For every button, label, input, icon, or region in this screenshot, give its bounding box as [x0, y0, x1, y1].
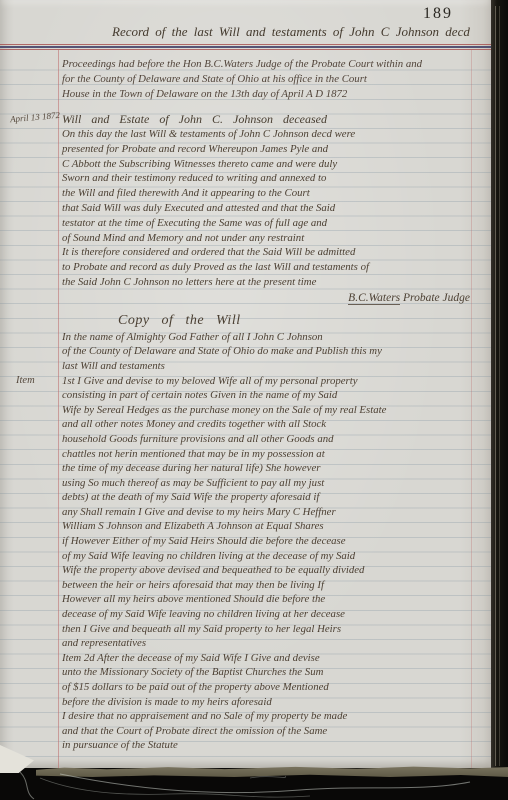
handwritten-line: in pursuance of the Statute [62, 738, 470, 753]
margin-date-note: April 13 1872 [9, 108, 62, 127]
handwritten-line: of Sound Mind and Memory and not under a… [62, 231, 470, 246]
handwritten-line: if However Either of my Said Heirs Shoul… [62, 534, 470, 549]
probate-entry: April 13 1872 Will and Estate of John C.… [62, 111, 470, 306]
will-item-1: Item 1st I Give and devise to my beloved… [62, 374, 470, 651]
record-header-title: Record of the last Will and testaments o… [112, 24, 482, 40]
handwritten-line: debts) at the death of my Said Wife the … [62, 490, 470, 505]
will-heading: Copy of the Will [118, 311, 470, 330]
proceedings-paragraph: Proceedings had before the Hon B.C.Water… [62, 57, 470, 102]
handwritten-line: chattles not herin mentioned that may be… [62, 447, 470, 462]
handwritten-line: Sworn and their testimony reduced to wri… [62, 171, 470, 186]
entry-title-line: Will and Estate of John C. Johnson decea… [62, 111, 470, 127]
will-closing: I desire that no appraisement and no Sal… [62, 709, 470, 753]
page-edge-leaf [499, 6, 500, 766]
handwritten-line: and that the Court of Probate direct the… [62, 724, 470, 739]
handwritten-line: presented for Probate and record Whereup… [62, 142, 470, 157]
handwritten-line: In the name of Almighty God Father of al… [62, 330, 470, 345]
handwritten-line: and representatives [62, 636, 470, 651]
handwritten-line: consisting in part of certain notes Give… [62, 388, 470, 403]
book-page-edges [491, 0, 508, 772]
will-item-2: Item 2d After the decease of my Said Wif… [62, 651, 470, 709]
handwritten-line: of $15 dollars to be paid out of the pro… [62, 680, 470, 695]
handwritten-line: to Probate and record as duly Proved as … [62, 260, 470, 275]
frayed-threads [0, 772, 508, 800]
header-rule-red-top [0, 44, 491, 45]
header-rule-blue [0, 46, 491, 48]
handwritten-line: of the County of Delaware and State of O… [62, 344, 470, 359]
entry-body: On this day the last Will & testaments o… [62, 127, 470, 290]
handwritten-line: unto the Missionary Society of the Bapti… [62, 665, 470, 680]
left-margin-line [58, 50, 59, 768]
will-copy-section: Copy of the Will In the name of Almighty… [62, 311, 470, 753]
handwritten-line: testator at the time of Executing the Sa… [62, 216, 470, 231]
handwritten-line: Item 2d After the decease of my Said Wif… [62, 651, 470, 666]
folio-number: 189 [423, 5, 453, 23]
header-rule-red-bottom [0, 49, 491, 50]
handwritten-line: On this day the last Will & testaments o… [62, 127, 470, 142]
handwritten-line: any Shall remain I Give and devise to my… [62, 505, 470, 520]
probate-record-photo: { "page_number": "189", "header": { "tit… [0, 0, 508, 800]
will-intro: In the name of Almighty God Father of al… [62, 330, 470, 374]
handwritten-line: Wife by Sereal Hedges as the purchase mo… [62, 403, 470, 418]
handwritten-line: the time of my decease during her natura… [62, 461, 470, 476]
right-margin-line [471, 50, 472, 768]
handwritten-line: the Will and filed therewith And it appe… [62, 186, 470, 201]
handwritten-line: household Goods furniture provisions and… [62, 432, 470, 447]
handwritten-line: and all other notes Money and credits to… [62, 417, 470, 432]
handwritten-line: before the division is made to my heirs … [62, 695, 470, 710]
handwritten-line: that Said Will was duly Executed and att… [62, 201, 470, 216]
handwritten-line: 1st I Give and devise to my beloved Wife… [62, 374, 470, 389]
handwritten-line: C Abbott the Subscribing Witnesses there… [62, 157, 470, 172]
handwritten-line: However all my heirs above mentioned Sho… [62, 592, 470, 607]
handwritten-line: of my Said Wife leaving no children livi… [62, 549, 470, 564]
handwritten-line: Wife the property above devised and bequ… [62, 563, 470, 578]
margin-item-note: Item [16, 374, 60, 389]
handwritten-line: between the heir or heirs aforesaid that… [62, 578, 470, 593]
signature-name: B.C.Waters [348, 292, 400, 305]
signature-title: Probate Judge [403, 292, 470, 304]
ledger-page: 189 Record of the last Will and testamen… [0, 0, 491, 770]
page-edge-leaf [495, 6, 496, 766]
handwritten-line: House in the Town of Delaware on the 13t… [62, 87, 470, 102]
handwritten-line: the Said John C Johnson no letters here … [62, 275, 470, 290]
handwritten-line: Proceedings had before the Hon B.C.Water… [62, 57, 470, 72]
handwritten-line: using So much thereof as may be Sufficie… [62, 476, 470, 491]
handwritten-line: for the County of Delaware and State of … [62, 72, 470, 87]
handwritten-line: decease of my Said Wife leaving no child… [62, 607, 470, 622]
handwritten-line: I desire that no appraisement and no Sal… [62, 709, 470, 724]
handwritten-line: It is therefore considered and ordered t… [62, 245, 470, 260]
handwritten-line: last Will and testaments [62, 359, 470, 374]
handwritten-line: William S Johnson and Elizabeth A Johnso… [62, 519, 470, 534]
page-content: Proceedings had before the Hon B.C.Water… [62, 57, 470, 753]
judge-signature: B.C.Waters Probate Judge [62, 291, 470, 306]
handwritten-line: then I Give and bequeath all my Said pro… [62, 622, 470, 637]
item1-body: 1st I Give and devise to my beloved Wife… [62, 374, 470, 651]
